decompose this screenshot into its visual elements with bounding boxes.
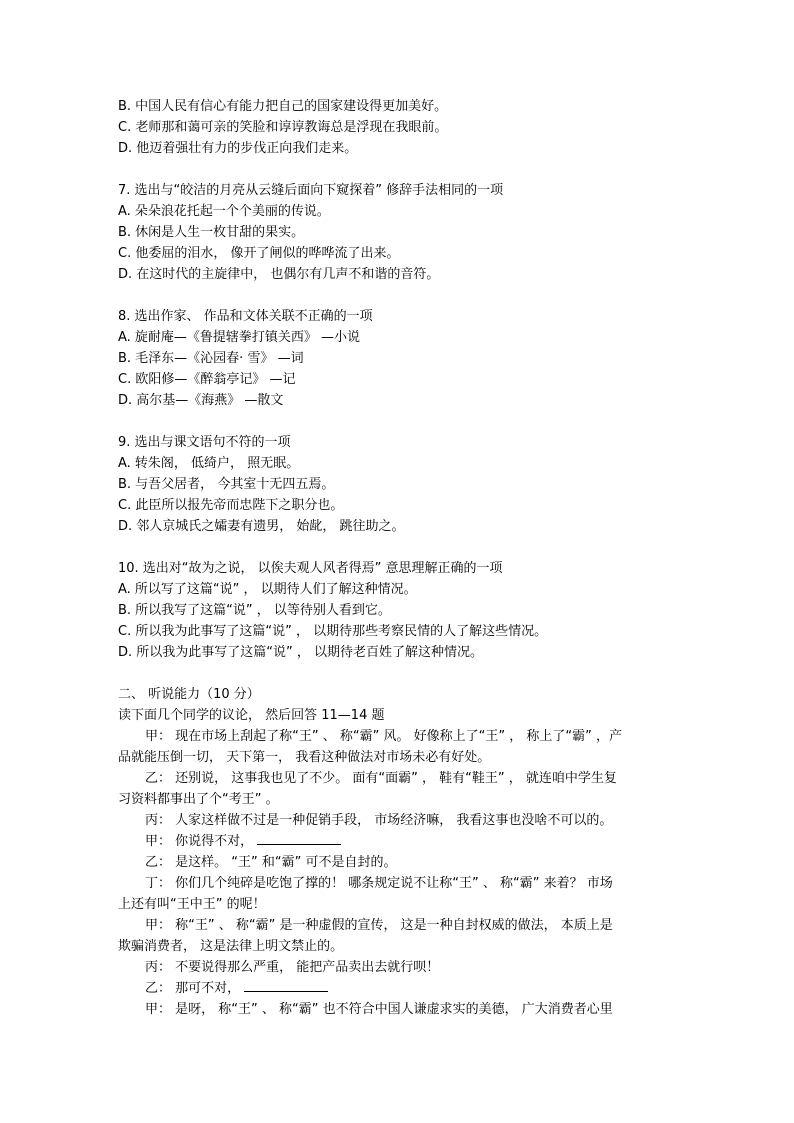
dialogue-line: 甲： 现在市场上刮起了称“王” 、 称“霸” 风。 好像称上了“王” ， 称上了… bbox=[118, 726, 688, 747]
q10-option-d: D. 所以我为此事写了这篇“说” ， 以期待老百姓了解这种情况。 bbox=[118, 642, 688, 663]
dialogue-line-with-blank: 甲： 你说得不对， bbox=[118, 831, 688, 852]
q10-stem: 10. 选出对“故为之说， 以俟夫观人风者得焉” 意思理解正确的一项 bbox=[118, 558, 688, 579]
dialogue-line: 甲： 是呀， 称“王” 、 称“霸” 也不符合中国人谦虚求实的美德， 广大消费者… bbox=[118, 999, 688, 1020]
q8-option-d: D. 高尔基—《海燕》 —散文 bbox=[118, 390, 688, 411]
q7-option-a: A. 朵朵浪花托起一个个美丽的传说。 bbox=[118, 201, 688, 222]
dialogue-line-with-blank: 乙： 那可不对， bbox=[118, 978, 688, 999]
q9-option-c: C. 此臣所以报先帝而忠陛下之职分也。 bbox=[118, 495, 688, 516]
document-page: B. 中国人民有信心有能力把自己的国家建设得更加美好。 C. 老师那和蔼可亲的笑… bbox=[118, 96, 688, 1020]
q7-option-c: C. 他委屈的泪水， 像开了闸似的哗哗流了出来。 bbox=[118, 243, 688, 264]
dialogue-line-cont: 欺骗消费者， 这是法律上明文禁止的。 bbox=[118, 936, 688, 957]
dialogue-line-cont: 习资料都事出了个“考王” 。 bbox=[118, 789, 688, 810]
q7-option-d: D. 在这时代的主旋律中， 也偶尔有几声不和谐的音符。 bbox=[118, 264, 688, 285]
q8-option-a: A. 旋耐庵—《鲁提辖拳打镇关西》 —小说 bbox=[118, 327, 688, 348]
q9-stem: 9. 选出与课文语句不符的一项 bbox=[118, 432, 688, 453]
q9-option-a: A. 转朱阁， 低绮户， 照无眠。 bbox=[118, 453, 688, 474]
dialogue-text: 乙： 那可不对， bbox=[145, 981, 240, 996]
q6-option-c: C. 老师那和蔼可亲的笑脸和谆谆教诲总是浮现在我眼前。 bbox=[118, 117, 688, 138]
q8-option-b: B. 毛泽东—《沁园春· 雪》 —词 bbox=[118, 348, 688, 369]
q10-option-a: A. 所以写了这篇“说” ， 以期待人们了解这种情况。 bbox=[118, 579, 688, 600]
q9-option-b: B. 与吾父居者， 今其室十无四五焉。 bbox=[118, 474, 688, 495]
q8-option-c: C. 欧阳修—《醉翁亭记》 —记 bbox=[118, 369, 688, 390]
dialogue-line: 乙： 是这样。 “王” 和“霸” 可不是自封的。 bbox=[118, 852, 688, 873]
q6-option-d: D. 他迈着强壮有力的步伐正向我们走来。 bbox=[118, 138, 688, 159]
q7-stem: 7. 选出与“皎洁的月亮从云缝后面向下窥探着” 修辞手法相同的一项 bbox=[118, 180, 688, 201]
dialogue-line: 乙： 还别说， 这事我也见了不少。 面有“面霸” ， 鞋有“鞋王” ， 就连咱中… bbox=[118, 768, 688, 789]
q10-option-c: C. 所以我为此事写了这篇“说” ， 以期待那些考察民情的人了解这些情况。 bbox=[118, 621, 688, 642]
dialogue-text: 甲： 你说得不对， bbox=[145, 834, 253, 849]
q10-option-b: B. 所以我写了这篇“说” ， 以等待别人看到它。 bbox=[118, 600, 688, 621]
dialogue-line: 丙： 不要说得那么严重， 能把产品卖出去就行呗！ bbox=[118, 957, 688, 978]
answer-blank bbox=[257, 832, 341, 845]
dialogue-line-cont: 品就能压倒一切， 天下第一， 我看这种做法对市场未必有好处。 bbox=[118, 747, 688, 768]
dialogue-line-cont: 上还有叫“王中王” 的呢！ bbox=[118, 894, 688, 915]
dialogue-line: 甲： 称“王” 、 称“霸” 是一种虚假的宣传， 这是一种自封权威的做法， 本质… bbox=[118, 915, 688, 936]
section2-heading: 二、 听说能力（10 分） bbox=[118, 684, 688, 705]
q8-stem: 8. 选出作家、 作品和文体关联不正确的一项 bbox=[118, 306, 688, 327]
q6-option-b: B. 中国人民有信心有能力把自己的国家建设得更加美好。 bbox=[118, 96, 688, 117]
answer-blank bbox=[244, 979, 328, 992]
q7-option-b: B. 休闲是人生一枚甘甜的果实。 bbox=[118, 222, 688, 243]
dialogue-line: 丙： 人家这样做不过是一种促销手段， 市场经济嘛， 我看这事也没啥不可以的。 bbox=[118, 810, 688, 831]
q9-option-d: D. 邻人京城氏之孀妻有遗男， 始龀， 跳往助之。 bbox=[118, 516, 688, 537]
section2-instruction: 读下面几个同学的议论， 然后回答 11—14 题 bbox=[118, 705, 688, 726]
dialogue-line: 丁： 你们几个纯碎是吃饱了撑的！ 哪条规定说不让称“王” 、 称“霸” 来着？ … bbox=[118, 873, 688, 894]
